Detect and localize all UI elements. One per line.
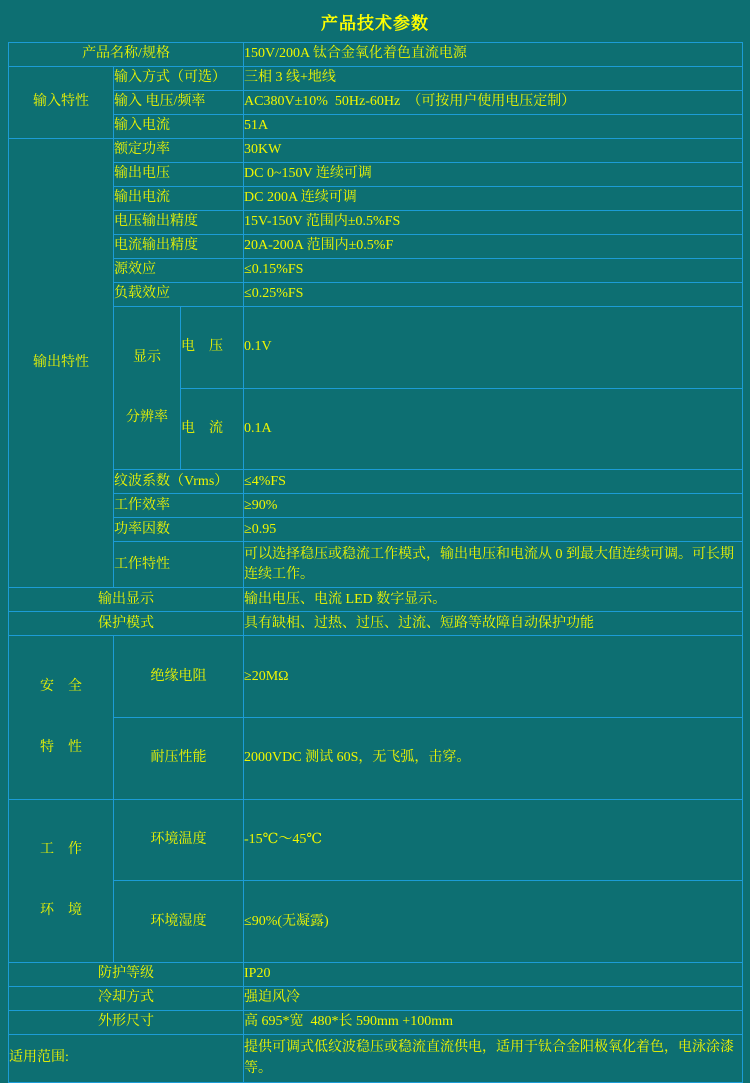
input-mode-label: 输入方式（可选） [114, 67, 244, 91]
efficiency-value: ≥90% [244, 494, 743, 518]
row-power-factor: 功率因数 ≥0.95 [9, 518, 743, 542]
safety-group-label: 安 全 特 性 [9, 636, 114, 799]
row-insulation: 安 全 特 性 绝缘电阻 ≥20MΩ [9, 636, 743, 718]
env-humidity-label: 环境湿度 [114, 881, 244, 963]
environment-group-label: 工 作 环 境 [9, 799, 114, 962]
row-cooling: 冷却方式 强迫风冷 [9, 987, 743, 1011]
input-voltage-value: AC380V±10% 50Hz-60Hz （可按用户使用电压定制） [244, 91, 743, 115]
resolution-current-value: 0.1A [244, 388, 743, 470]
insulation-value: ≥20MΩ [244, 636, 743, 718]
withstand-value: 2000VDC 测试 60S，无飞弧，击穿。 [244, 718, 743, 800]
input-mode-value: 三相 3 线+地线 [244, 67, 743, 91]
row-input-voltage: 输入 电压/频率 AC380V±10% 50Hz-60Hz （可按用户使用电压定… [9, 91, 743, 115]
environment-group-line2: 环 境 [9, 901, 113, 921]
output-current-value: DC 200A 连续可调 [244, 187, 743, 211]
row-voltage-accuracy: 电压输出精度 15V-150V 范围内±0.5%FS [9, 211, 743, 235]
insulation-label: 绝缘电阻 [114, 636, 244, 718]
output-display-label: 输出显示 [9, 588, 244, 612]
cooling-label: 冷却方式 [9, 987, 244, 1011]
safety-group-line1: 安 全 [9, 677, 113, 697]
current-accuracy-label: 电流输出精度 [114, 235, 244, 259]
load-effect-label: 负载效应 [114, 283, 244, 307]
row-output-display: 输出显示 输出电压、电流 LED 数字显示。 [9, 588, 743, 612]
application-value: 提供可调式低纹波稳压或稳流直流供电，适用于钛合金阳极氧化着色，电泳涂漆等。 [244, 1035, 743, 1083]
row-output-voltage: 输出电压 DC 0~150V 连续可调 [9, 163, 743, 187]
row-dimensions: 外形尺寸 高 695*宽 480*长 590mm +100mm [9, 1011, 743, 1035]
voltage-accuracy-value: 15V-150V 范围内±0.5%FS [244, 211, 743, 235]
output-voltage-value: DC 0~150V 连续可调 [244, 163, 743, 187]
row-output-current: 输出电流 DC 200A 连续可调 [9, 187, 743, 211]
row-ip-rating: 防护等级 IP20 [9, 963, 743, 987]
application-label: 适用范围: [9, 1035, 244, 1083]
product-name-label: 产品名称/规格 [9, 43, 244, 67]
ripple-label: 纹波系数（Vrms） [114, 470, 244, 494]
env-temp-value: -15℃～45℃ [244, 799, 743, 881]
work-character-value: 可以选择稳压或稳流工作模式，输出电压和电流从 0 到最大值连续可调。可长期连续工… [244, 542, 743, 588]
protection-value: 具有缺相、过热、过压、过流、短路等故障自动保护功能 [244, 612, 743, 636]
env-humidity-value: ≤90%(无凝露) [244, 881, 743, 963]
input-voltage-label: 输入 电压/频率 [114, 91, 244, 115]
row-ripple: 纹波系数（Vrms） ≤4%FS [9, 470, 743, 494]
safety-group-line2: 特 性 [9, 738, 113, 758]
efficiency-label: 工作效率 [114, 494, 244, 518]
input-current-value: 51A [244, 115, 743, 139]
row-env-humidity: 环境湿度 ≤90%(无凝露) [9, 881, 743, 963]
row-current-accuracy: 电流输出精度 20A-200A 范围内±0.5%F [9, 235, 743, 259]
display-resolution-line2: 分辨率 [114, 408, 180, 428]
row-application: 适用范围: 提供可调式低纹波稳压或稳流直流供电，适用于钛合金阳极氧化着色，电泳涂… [9, 1035, 743, 1083]
voltage-accuracy-label: 电压输出精度 [114, 211, 244, 235]
spec-table: 产品名称/规格 150V/200A 钛合金氧化着色直流电源 输入特性 输入方式（… [8, 42, 743, 1083]
resolution-voltage-value: 0.1V [244, 307, 743, 389]
resolution-current-label: 电 流 [181, 388, 244, 470]
row-work-character: 工作特性 可以选择稳压或稳流工作模式，输出电压和电流从 0 到最大值连续可调。可… [9, 542, 743, 588]
output-current-label: 输出电流 [114, 187, 244, 211]
power-factor-value: ≥0.95 [244, 518, 743, 542]
withstand-label: 耐压性能 [114, 718, 244, 800]
output-voltage-label: 输出电压 [114, 163, 244, 187]
display-resolution-line1: 显示 [114, 348, 180, 368]
dimensions-label: 外形尺寸 [9, 1011, 244, 1035]
row-input-current: 输入电流 51A [9, 115, 743, 139]
page-title: 产品技术参数 [0, 0, 750, 42]
load-effect-value: ≤0.25%FS [244, 283, 743, 307]
dimensions-value: 高 695*宽 480*长 590mm +100mm [244, 1011, 743, 1035]
row-rated-power: 输出特性 额定功率 30KW [9, 139, 743, 163]
row-protection: 保护模式 具有缺相、过热、过压、过流、短路等故障自动保护功能 [9, 612, 743, 636]
rated-power-value: 30KW [244, 139, 743, 163]
source-effect-label: 源效应 [114, 259, 244, 283]
cooling-value: 强迫风冷 [244, 987, 743, 1011]
resolution-voltage-label: 电 压 [181, 307, 244, 389]
power-factor-label: 功率因数 [114, 518, 244, 542]
ip-rating-label: 防护等级 [9, 963, 244, 987]
source-effect-value: ≤0.15%FS [244, 259, 743, 283]
row-env-temp: 工 作 环 境 环境温度 -15℃～45℃ [9, 799, 743, 881]
protection-label: 保护模式 [9, 612, 244, 636]
environment-group-line1: 工 作 [9, 840, 113, 860]
input-group-label: 输入特性 [9, 67, 114, 139]
output-group-label: 输出特性 [9, 139, 114, 588]
row-product: 产品名称/规格 150V/200A 钛合金氧化着色直流电源 [9, 43, 743, 67]
row-resolution-voltage: 显示 分辨率 电 压 0.1V [9, 307, 743, 389]
product-name-value: 150V/200A 钛合金氧化着色直流电源 [244, 43, 743, 67]
work-character-label: 工作特性 [114, 542, 244, 588]
current-accuracy-value: 20A-200A 范围内±0.5%F [244, 235, 743, 259]
env-temp-label: 环境温度 [114, 799, 244, 881]
rated-power-label: 额定功率 [114, 139, 244, 163]
row-load-effect: 负载效应 ≤0.25%FS [9, 283, 743, 307]
display-resolution-label: 显示 分辨率 [114, 307, 181, 470]
ripple-value: ≤4%FS [244, 470, 743, 494]
row-efficiency: 工作效率 ≥90% [9, 494, 743, 518]
ip-rating-value: IP20 [244, 963, 743, 987]
input-current-label: 输入电流 [114, 115, 244, 139]
row-source-effect: 源效应 ≤0.15%FS [9, 259, 743, 283]
row-input-mode: 输入特性 输入方式（可选） 三相 3 线+地线 [9, 67, 743, 91]
output-display-value: 输出电压、电流 LED 数字显示。 [244, 588, 743, 612]
row-withstand: 耐压性能 2000VDC 测试 60S，无飞弧，击穿。 [9, 718, 743, 800]
